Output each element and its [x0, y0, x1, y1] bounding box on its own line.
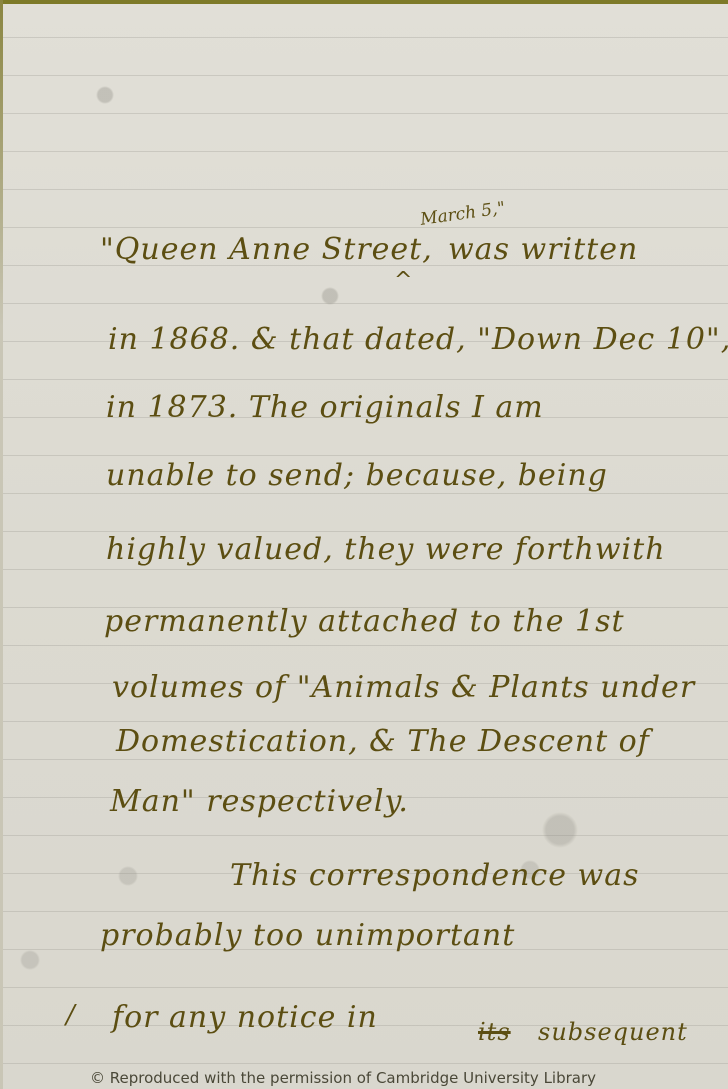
- manuscript-line-3: in 1873. The originals I am: [106, 390, 544, 425]
- page-top-edge: [0, 0, 728, 4]
- manuscript-line-5: highly valued, they were forthwith: [106, 532, 666, 567]
- manuscript-line-12: for any notice in: [112, 1000, 378, 1035]
- manuscript-line-1: "Queen Anne Street,: [100, 232, 433, 267]
- margin-mark: /: [66, 1000, 75, 1030]
- insertion-above-line: March 5,": [419, 198, 507, 230]
- manuscript-line-2: in 1868. & that dated, "Down Dec 10",: [108, 322, 728, 357]
- copyright-footer: © Reproduced with the permission of Camb…: [90, 1069, 650, 1087]
- manuscript-line-12b: subsequent: [538, 1018, 688, 1046]
- manuscript-line-10: This correspondence was: [230, 858, 639, 893]
- manuscript-line-7: volumes of "Animals & Plants under: [112, 670, 695, 705]
- manuscript-page: March 5," ^ "Queen Anne Street, was writ…: [0, 0, 728, 1089]
- page-left-edge: [0, 0, 3, 1089]
- manuscript-line-1b: was written: [448, 232, 638, 267]
- manuscript-line-11: probably too unimportant: [100, 918, 515, 953]
- manuscript-line-6: permanently attached to the 1st: [104, 604, 625, 639]
- struck-word: its: [478, 1018, 511, 1046]
- manuscript-line-8: Domestication, & The Descent of: [116, 724, 650, 759]
- insertion-caret: ^: [394, 268, 412, 293]
- manuscript-line-9: Man" respectively.: [110, 784, 409, 819]
- manuscript-line-4: unable to send; because, being: [106, 458, 608, 493]
